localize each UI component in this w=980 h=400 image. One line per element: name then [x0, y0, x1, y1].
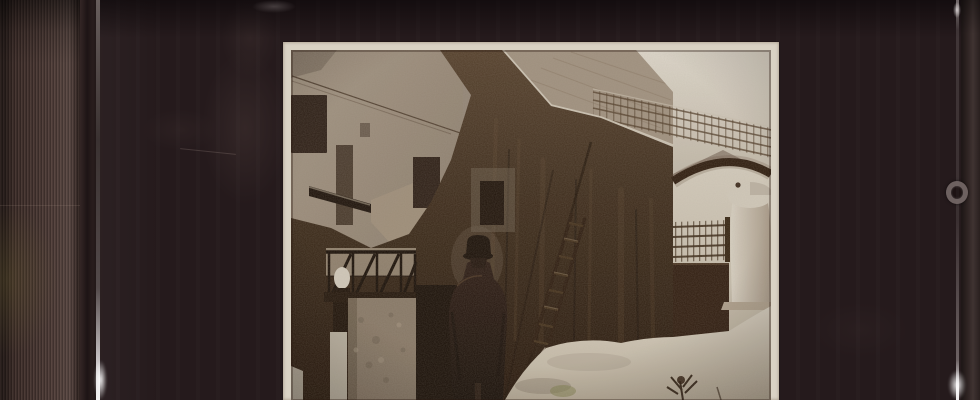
case-spine-groove [80, 0, 96, 400]
cover-photo-frame [283, 42, 779, 400]
bottom-right-reflection [948, 370, 966, 400]
spine-scratch [0, 205, 80, 206]
bottom-left-reflection [94, 360, 107, 400]
cd-jewel-case-photo [0, 0, 980, 400]
film-grain [291, 50, 771, 400]
case-hinge-hole [946, 181, 968, 204]
cover-photo [291, 50, 771, 400]
top-right-reflection [953, 2, 961, 18]
cover-smudge [252, 0, 296, 13]
case-spine-ribbed [0, 0, 80, 400]
